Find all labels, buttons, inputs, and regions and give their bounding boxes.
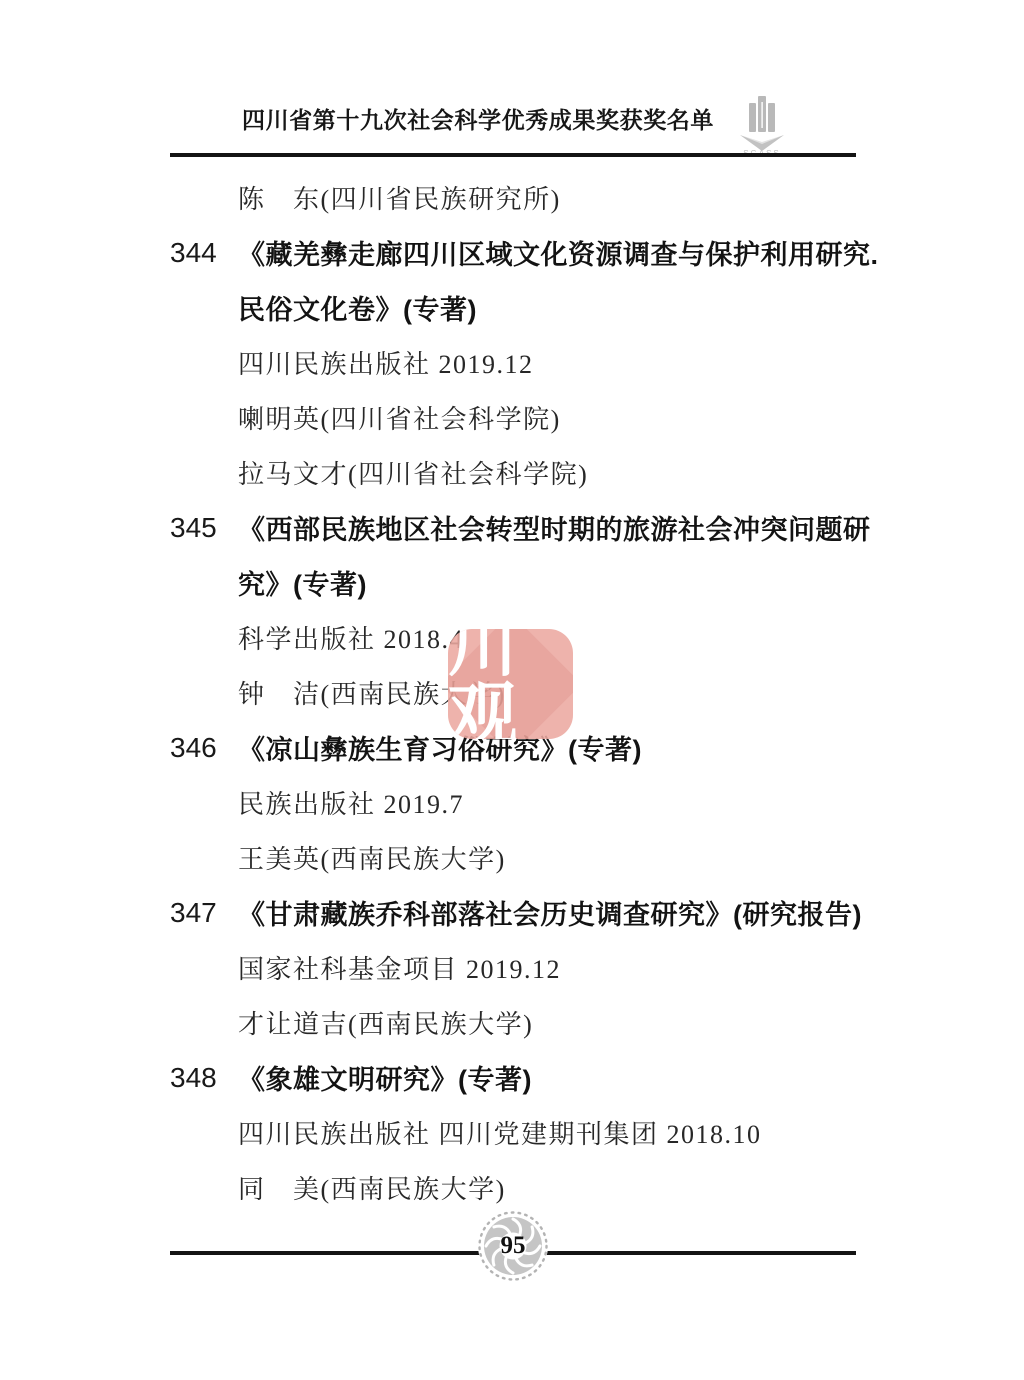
author-line: 拉马文才(四川省社会科学院)	[238, 454, 588, 491]
entry-row-347: 347 《甘肃藏族乔科部落社会历史调查研究》(研究报告) 国家社科基金项目 20…	[170, 885, 876, 1050]
entry-number	[170, 170, 238, 225]
publisher-line: 四川民族出版社 四川党建期刊集团 2018.10	[238, 1114, 762, 1151]
entry-title-line: 究》(专著)	[238, 563, 367, 602]
entry-title-line: 《象雄文明研究》(专著)	[238, 1058, 532, 1097]
entry-title-line: 《西部民族地区社会转型时期的旅游社会冲突问题研	[238, 508, 871, 547]
author-line: 陈 东(四川省民族研究所)	[238, 179, 561, 216]
entry-row-348: 348 《象雄文明研究》(专著) 四川民族出版社 四川党建期刊集团 2018.1…	[170, 1050, 876, 1215]
entry-title-line: 民俗文化卷》(专著)	[238, 288, 477, 327]
publisher-line: 科学出版社 2018.4	[238, 619, 464, 656]
entry-row-344: 344 《藏羌彝走廊四川区域文化资源调查与保护利用研究. 民俗文化卷》(专著) …	[170, 225, 876, 500]
entry-number: 346	[170, 720, 238, 775]
publisher-line: 民族出版社 2019.7	[238, 784, 464, 821]
author-line: 王美英(西南民族大学)	[238, 839, 506, 876]
entry-row-346: 346 《凉山彝族生育习俗研究》(专著) 民族出版社 2019.7 王美英(西南…	[170, 720, 876, 885]
author-line: 喇明英(四川省社会科学院)	[238, 399, 561, 436]
publisher-line: 国家社科基金项目 2019.12	[238, 949, 561, 986]
publisher-logo-icon: SGASS	[732, 94, 792, 156]
carryover-author-row: 陈 东(四川省民族研究所)	[170, 170, 876, 225]
watermark-text: 川观	[448, 629, 573, 739]
author-line: 才让道吉(西南民族大学)	[238, 1004, 533, 1041]
entry-title-line: 《藏羌彝走廊四川区域文化资源调查与保护利用研究.	[238, 233, 879, 272]
entry-number: 345	[170, 500, 238, 555]
entry-title-line: 《凉山彝族生育习俗研究》(专著)	[238, 728, 642, 767]
page-title: 四川省第十九次社会科学优秀成果奖获奖名单	[242, 102, 714, 135]
entry-number: 347	[170, 885, 238, 940]
header-rule	[170, 153, 856, 157]
publisher-line: 四川民族出版社 2019.12	[238, 344, 534, 381]
entry-number: 344	[170, 225, 238, 280]
page-number-ornament: 95	[477, 1210, 549, 1284]
entry-number: 348	[170, 1050, 238, 1105]
entry-title-line: 《甘肃藏族乔科部落社会历史调查研究》(研究报告)	[238, 893, 862, 932]
author-line: 同 美(西南民族大学)	[238, 1169, 506, 1206]
document-page: 四川省第十九次社会科学优秀成果奖获奖名单 SGASS 陈 东(四川省民族研究所)…	[0, 0, 1024, 1380]
watermark-badge: 川观	[448, 629, 573, 739]
page-number: 95	[477, 1210, 549, 1282]
